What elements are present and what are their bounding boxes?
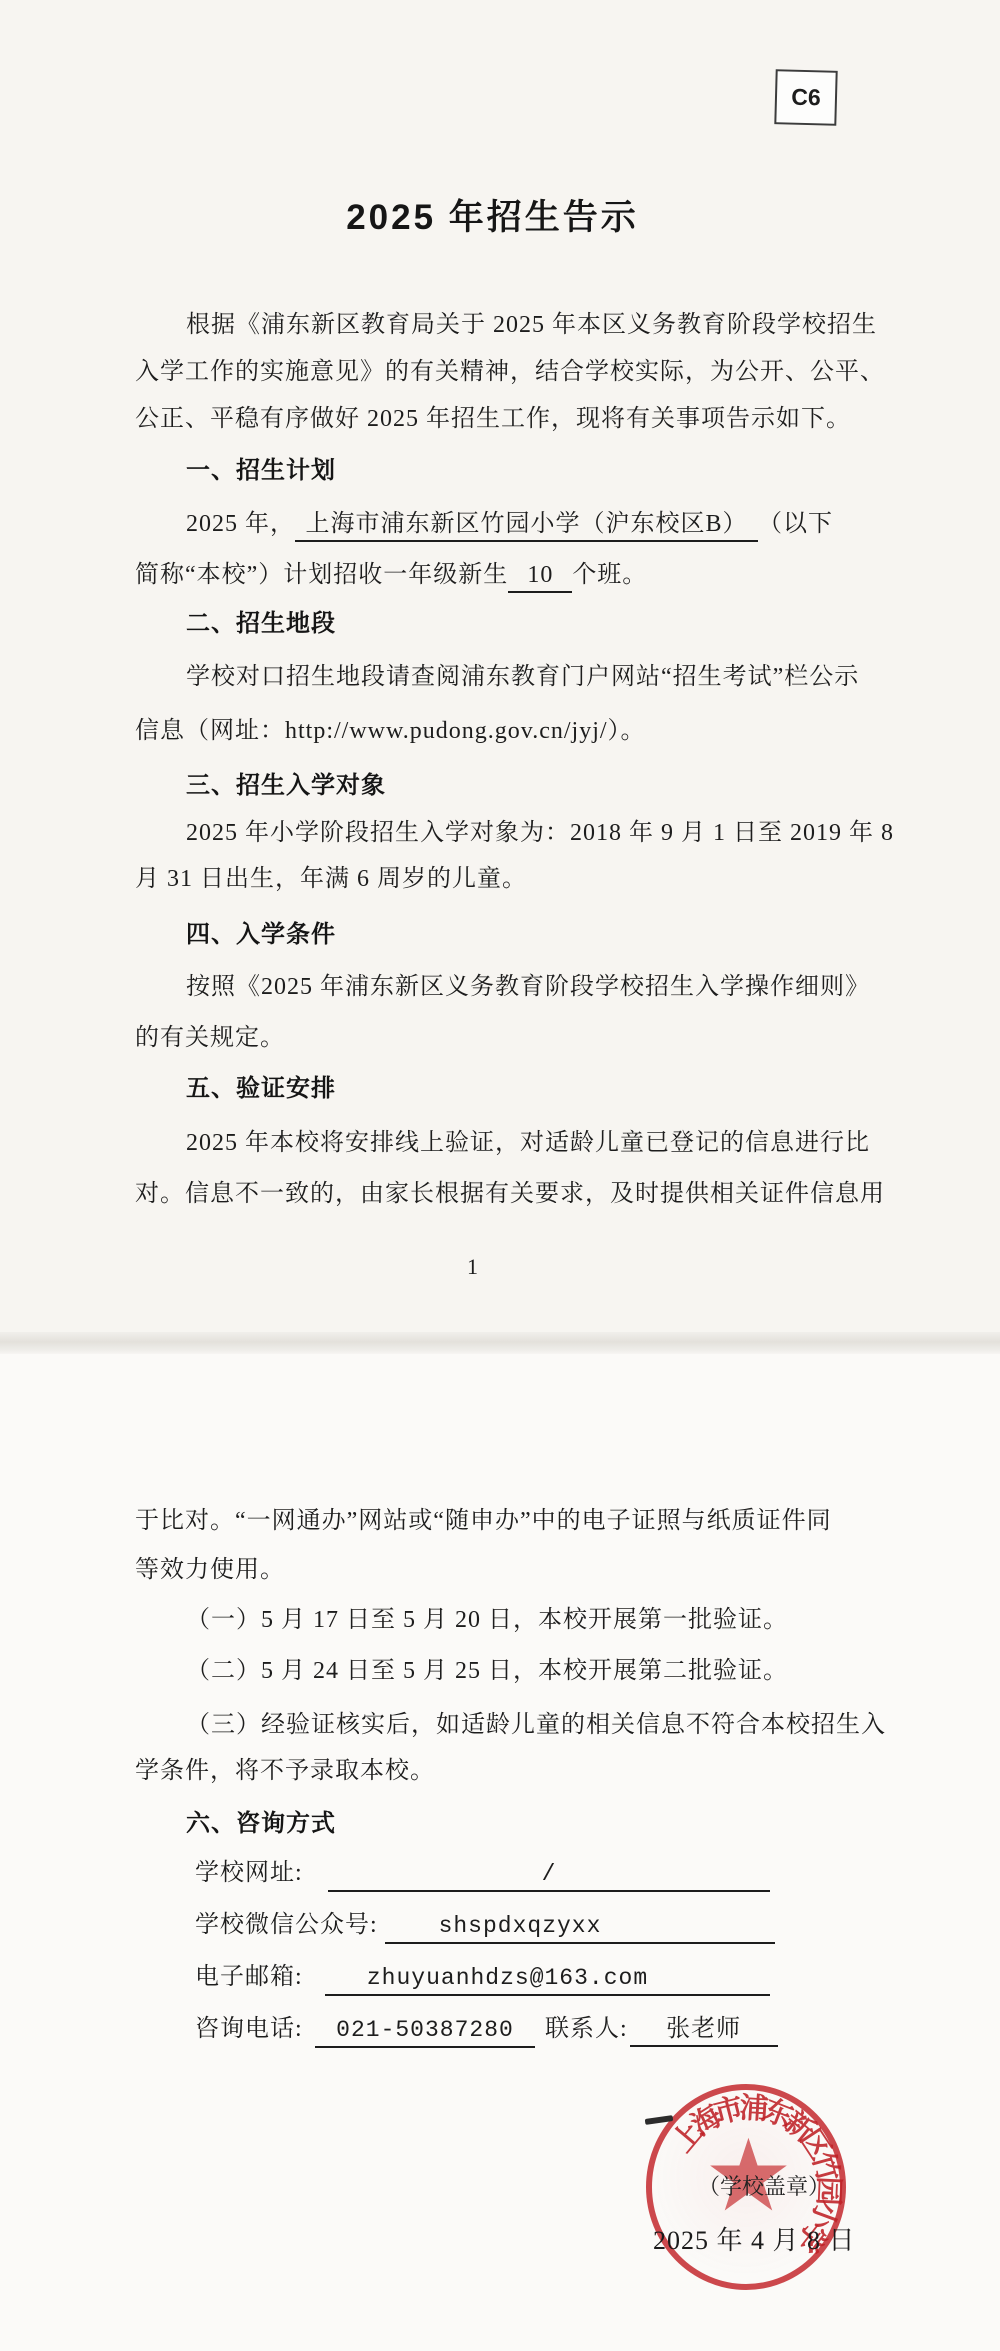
seal-caption: （学校盖章） <box>698 2170 830 2201</box>
page-break-band <box>0 1332 1000 1354</box>
district-line-2: 信息（网址：http://www.pudong.gov.cn/jyj/）。 <box>135 716 646 746</box>
seal-date: 2025 年 4 月 8 日 <box>653 2220 856 2257</box>
page-number: 1 <box>467 1254 478 1280</box>
website-underline: / <box>328 1859 770 1892</box>
plan-prefix: 2025 年， <box>186 511 295 537</box>
class-count-underline: 10 <box>508 560 572 593</box>
plan-line-2: 简称“本校”）计划招收一年级新生10个班。 <box>135 560 647 593</box>
plan-suffix: （以下 <box>758 511 833 537</box>
condition-line-1: 按照《2025 年浦东新区义务教育阶段学校招生入学操作细则》 <box>186 972 870 1002</box>
batch-line-2: （二）5 月 24 日至 5 月 25 日，本校开展第二批验证。 <box>186 1656 788 1686</box>
plan-line-2-suffix: 个班。 <box>572 562 647 588</box>
plan-line-2-text: 简称“本校”）计划招收一年级新生 <box>135 562 508 588</box>
section-5-heading: 五、验证安排 <box>186 1074 336 1104</box>
plan-line-1: 2025 年，上海市浦东新区竹园小学（沪东校区B）（以下 <box>186 509 833 542</box>
target-line-2: 月 31 日出生，年满 6 周岁的儿童。 <box>135 864 527 894</box>
condition-line-2: 的有关规定。 <box>135 1023 285 1053</box>
batch-line-1: （一）5 月 17 日至 5 月 20 日，本校开展第一批验证。 <box>186 1605 788 1635</box>
batch-line-3b: 学条件，将不予录取本校。 <box>135 1756 435 1786</box>
target-line-1: 2025 年小学阶段招生入学对象为：2018 年 9 月 1 日至 2019 年… <box>186 818 894 848</box>
website-row: 学校网址:/ <box>195 1858 770 1892</box>
batch-line-3a: （三）经验证核实后，如适龄儿童的相关信息不符合本校招生入 <box>186 1710 886 1740</box>
email-row: 电子邮箱:zhuyuanhdzs@163.com <box>195 1962 770 1996</box>
wechat-label: 学校微信公众号: <box>195 1910 385 1940</box>
email-underline: zhuyuanhdzs@163.com <box>325 1963 770 1996</box>
verify-line-4: 等效力使用。 <box>135 1555 285 1585</box>
phone-underline: 021-50387280 <box>315 2015 535 2048</box>
wechat-row: 学校微信公众号:shspdxqzyxx <box>195 1910 775 1944</box>
section-4-heading: 四、入学条件 <box>186 920 336 950</box>
school-name-underline: 上海市浦东新区竹园小学（沪东校区B） <box>295 509 758 542</box>
intro-line-1: 根据《浦东新区教育局关于 2025 年本区义务教育阶段学校招生 <box>186 310 877 340</box>
district-line-1: 学校对口招生地段请查阅浦东教育门户网站“招生考试”栏公示 <box>186 662 859 692</box>
intro-line-2: 入学工作的实施意见》的有关精神，结合学校实际，为公开、公平、 <box>135 357 885 387</box>
contact-name-underline: 张老师 <box>630 2014 778 2047</box>
verify-line-1: 2025 年本校将安排线上验证，对适龄儿童已登记的信息进行比 <box>186 1128 870 1158</box>
corner-tag-box: C6 <box>774 69 837 126</box>
corner-tag-label: C6 <box>791 84 821 112</box>
intro-line-3: 公正、平稳有序做好 2025 年招生工作，现将有关事项告示如下。 <box>135 404 851 434</box>
verify-line-2: 对。信息不一致的，由家长根据有关要求，及时提供相关证件信息用 <box>135 1179 885 1209</box>
phone-row: 咨询电话:021-50387280联系人:张老师 <box>195 2014 778 2048</box>
email-label: 电子邮箱: <box>195 1962 325 1992</box>
scanned-document-page: C6 2025 年招生告示 根据《浦东新区教育局关于 2025 年本区义务教育阶… <box>0 0 1000 2351</box>
section-3-heading: 三、招生入学对象 <box>186 771 386 801</box>
section-6-heading: 六、咨询方式 <box>186 1809 336 1839</box>
phone-label: 咨询电话: <box>195 2014 315 2044</box>
contact-person-label: 联系人: <box>545 2014 628 2044</box>
verify-line-3: 于比对。“一网通办”网站或“随申办”中的电子证照与纸质证件同 <box>135 1506 832 1536</box>
website-label: 学校网址: <box>195 1858 328 1888</box>
section-2-heading: 二、招生地段 <box>186 609 336 639</box>
wechat-underline: shspdxqzyxx <box>385 1911 775 1944</box>
document-title: 2025 年招生告示 <box>0 190 985 240</box>
section-1-heading: 一、招生计划 <box>186 456 336 486</box>
